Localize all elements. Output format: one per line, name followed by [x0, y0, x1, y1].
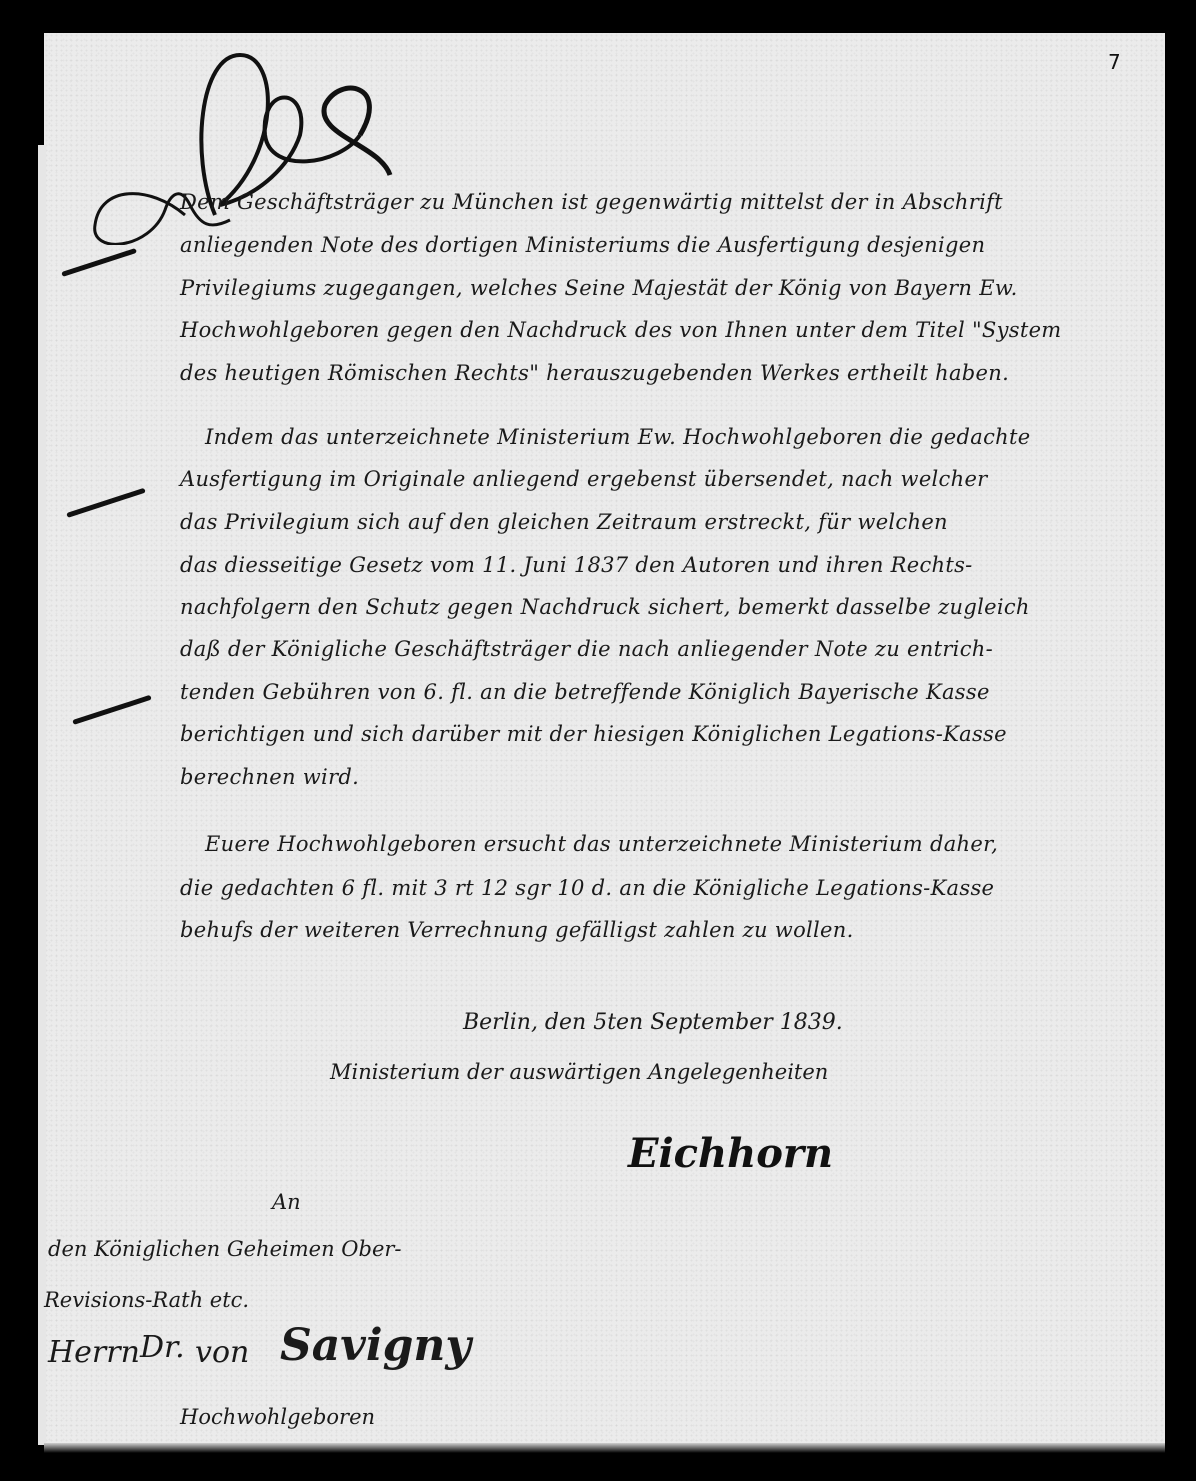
- issuing-ministry: Ministerium der auswärtigen Angelegenhei…: [330, 1060, 828, 1084]
- body-line: Privilegiums zugegangen, welches Seine M…: [180, 276, 1140, 300]
- body-line: Euere Hochwohlgeboren ersucht das unterz…: [205, 832, 1165, 856]
- body-line: berechnen wird.: [180, 765, 1140, 789]
- body-line: nachfolgern den Schutz gegen Nachdruck s…: [180, 595, 1140, 619]
- scan-edge: [44, 1443, 1165, 1453]
- folio-number: 7: [1108, 50, 1121, 74]
- address-von: von: [195, 1335, 249, 1370]
- body-line: des heutigen Römischen Rechts" herauszug…: [180, 361, 1140, 385]
- recipient-name: Savigny: [280, 1320, 471, 1371]
- body-line: die gedachten 6 fl. mit 3 rt 12 sgr 10 d…: [180, 876, 1140, 900]
- body-line: das diesseitige Gesetz vom 11. Juni 1837…: [180, 553, 1140, 577]
- body-line: Hochwohlgeboren gegen den Nachdruck des …: [180, 318, 1140, 342]
- signature: Eichhorn: [628, 1130, 833, 1177]
- body-line: berichtigen und sich darüber mit der hie…: [180, 722, 1140, 746]
- address-prefix: An: [272, 1190, 301, 1214]
- body-line: das Privilegium sich auf den gleichen Ze…: [180, 510, 1140, 534]
- place-date: Berlin, den 5ten September 1839.: [463, 1010, 843, 1035]
- body-line: Dem Geschäftsträger zu München ist gegen…: [180, 190, 1140, 214]
- body-line: behufs der weiteren Verrechnung gefällig…: [180, 918, 1140, 942]
- body-line: anliegenden Note des dortigen Ministeriu…: [180, 233, 1140, 257]
- address-line: Revisions-Rath etc.: [44, 1288, 249, 1312]
- calligraphic-initial-icon: [90, 45, 430, 245]
- address-salutation: Herrn: [48, 1335, 140, 1370]
- address-line: den Königlichen Geheimen Ober-: [48, 1237, 402, 1261]
- body-line: daß der Königliche Geschäftsträger die n…: [180, 637, 1140, 661]
- body-line: Ausfertigung im Originale anliegend erge…: [180, 467, 1140, 491]
- body-line: Indem das unterzeichnete Ministerium Ew.…: [205, 425, 1165, 449]
- address-title: Dr.: [140, 1330, 185, 1365]
- address-line: Hochwohlgeboren: [180, 1405, 375, 1429]
- body-line: tenden Gebühren von 6. fl. an die betref…: [180, 680, 1140, 704]
- paper-edge: [38, 145, 46, 1445]
